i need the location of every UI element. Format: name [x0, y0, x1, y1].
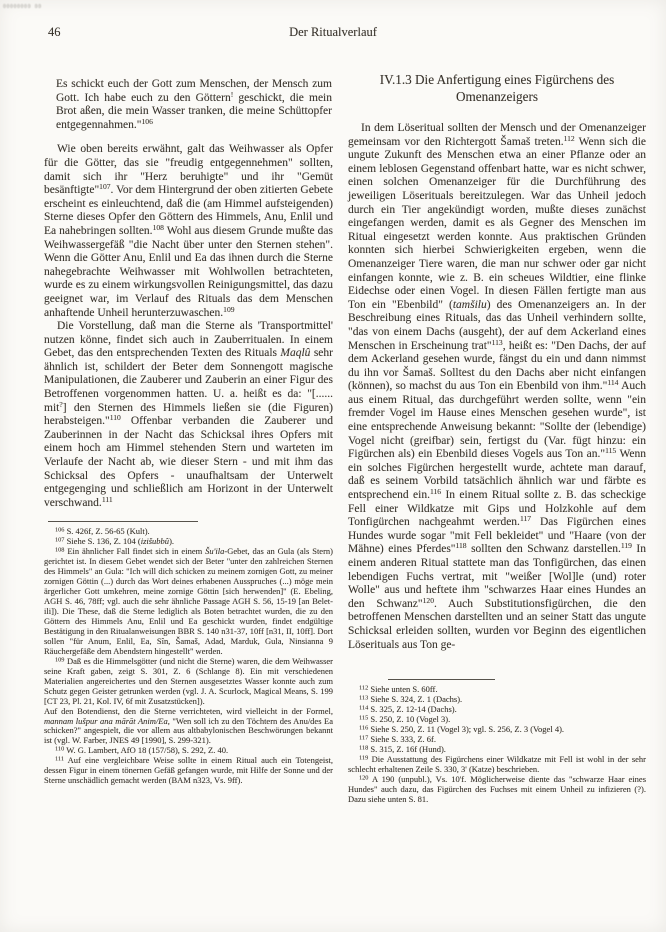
footnote-item: 109 Daß es die Himmelsgötter (und nicht …: [44, 657, 333, 707]
left-column: Es schickt euch der Gott zum Menschen, d…: [44, 70, 333, 786]
footnote-item: 120 A 190 (unpubl.), Vs. 10'f. Möglicher…: [348, 775, 646, 805]
scan-artifact-text: 00000000 00: [3, 4, 42, 10]
footnote-separator-left: [48, 521, 198, 522]
footnote-item: 108 Ein ähnlicher Fall findet sich in ei…: [44, 547, 333, 656]
footnote-separator-right: [388, 679, 495, 680]
footnote-item: 111 Auf eine vergleichbare Weise sollte …: [44, 756, 333, 786]
footnotes-right: 112 Siehe unten S. 60ff.113 Siehe S. 324…: [348, 685, 646, 804]
block-quote: Es schickt euch der Gott zum Menschen, d…: [56, 78, 332, 132]
paragraph-sterne-transportmittel: Die Vorstellung, daß man die Sterne als …: [44, 320, 333, 510]
right-column: IV.1.3 Die Anfertigung eines Figürchens …: [348, 68, 646, 805]
footnote-item: 119 Die Ausstattung des Figürchens einer…: [348, 755, 646, 775]
paragraph-weihwasser: Wie oben bereits erwähnt, galt das Weihw…: [44, 143, 333, 320]
footnote-item: Auf den Botendienst, den die Sterne verr…: [44, 707, 333, 747]
paragraph-loeseritual: In dem Löseritual sollten der Mensch und…: [348, 122, 646, 652]
running-head: Der Ritualverlauf: [0, 25, 666, 40]
book-page-scan: 00000000 00 46 Der Ritualverlauf Es schi…: [0, 0, 666, 932]
footnotes-left: 106 S. 426f, Z. 56-65 (Kult).107 Siehe S…: [44, 527, 333, 786]
section-heading: IV.1.3 Die Anfertigung eines Figürchens …: [354, 72, 640, 105]
